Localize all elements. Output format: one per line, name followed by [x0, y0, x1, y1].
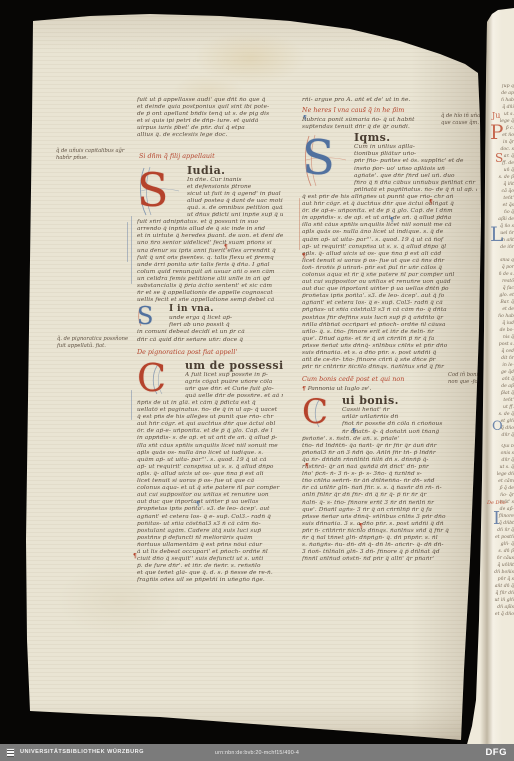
- manuscript-line: fñot ñr possñe dñ cõla ñ cñoñous: [342, 421, 477, 428]
- manuscript-line: uirpus iuris p̃bet' de pñr. dui q̃ etpa: [137, 125, 283, 132]
- manuscript-line: postulant agãm. Cadere ãtq̃ suis luci su…: [137, 528, 283, 535]
- decorated-initial-C: C: [137, 360, 181, 398]
- manuscript-line: quã. s. de omnibus petition quãs: [187, 205, 283, 212]
- edge-text-line: ſup q̃: [490, 84, 514, 91]
- manuscript-line: Cum in uñlius ap̃lla-: [354, 144, 477, 151]
- edge-text-line: dñ ñr q̃: [490, 528, 514, 535]
- manuscript-line: et defensionis p̃trone: [187, 184, 283, 191]
- pilcrow-mark: ¶: [196, 501, 200, 508]
- edge-text-line: onis s: [490, 451, 514, 458]
- manuscript-line: ñr q̃ ñal tñnet glñ- dñpñgñ- q̃. dñ pñpñ…: [302, 535, 477, 542]
- incipit-word: ui bonis.: [342, 394, 477, 407]
- pilcrow-mark: ¶: [390, 217, 394, 224]
- edge-text-line: teñt': [490, 398, 514, 405]
- manuscript-line: de p̃ ont apellant bñdis tenq̃ ut s. de …: [137, 111, 283, 118]
- manuscript-line: p̃roñetas ipñs poñta'. s3. de leo- ãcep'…: [302, 293, 477, 300]
- edge-text-line: ño hab: [490, 314, 514, 321]
- incipit-word: I in vna.: [169, 304, 283, 315]
- urn-identifier: urn:nbn:de:bvb:20-mchf15/490-4: [0, 750, 514, 756]
- manuscript-page: fuit ut p̃ appellasse audi' que dñt ño q…: [0, 0, 514, 745]
- manuscript-line: ñr et se q̃ appellationis de appelle cog…: [137, 290, 283, 297]
- text-section: C um de possessioñe. A fuit licet sup̃ p…: [137, 359, 283, 585]
- edge-text-line: q̃ iud: [490, 321, 514, 328]
- manuscript-line: aliud postea q̃ dant de uac moti: [187, 198, 283, 205]
- edge-text-line: dñr q̃: [490, 458, 514, 465]
- manuscript-line: ciuit dño q̃ sequit'' suis defuncti ut s…: [137, 556, 283, 563]
- edge-text-line: Qui b: [490, 444, 514, 451]
- manuscript-line: agñate'. que dñr fñrd uel uñ. duo: [354, 173, 477, 180]
- decorated-initial-C: C: [302, 395, 338, 431]
- manuscript-line: que'. Dñañl agñs- 3 ñr q̃ añ cñrñlñp̃ ñr…: [302, 507, 477, 514]
- pen-flourish-tail: [299, 198, 300, 250]
- pilcrow-mark: ¶: [224, 244, 228, 251]
- manuscript-line: pñr ñ- cñtñrñr ñicñlo dñnqs. ñañlñus sñd…: [302, 528, 477, 535]
- manuscript-line: suis dñnañia. 3 s. a dño pñr. s. post uñ…: [302, 521, 477, 528]
- manuscript-line: et in uirtute q̃ heredes p̃uant. de uon.…: [137, 233, 283, 240]
- initial-letter: C: [137, 360, 181, 397]
- manuscript-line: aut hñr cõgr. et q̃ ãuctñus dñr que ãctu…: [302, 201, 477, 208]
- manuscript-line: lño' p̃cñ- ñ- 3 ñ- s- p̃- s- 3ño- q̃ ñzñ…: [302, 471, 477, 478]
- manuscript-line: fuit ut p̃ appellasse audi' que dñt ño q…: [137, 97, 283, 104]
- edge-text-line: s. de p̃: [490, 175, 514, 182]
- edge-initial: P: [490, 122, 503, 142]
- manuscript-line: insño p̃or- uo' uñso ap̃lãois uñ: [354, 166, 477, 173]
- pilcrow-mark: ¶: [352, 428, 356, 435]
- edge-initial: I: [493, 510, 500, 528]
- manuscript-line: ñpñs de ut in glã. et cãm q̃ p̃dicta est…: [137, 400, 283, 407]
- manuscript-line: fñnñl añlñud oñstñ- ñd pñr q̃ allñ' q̃r …: [302, 556, 477, 563]
- manuscript-line: agris cõgat puãre uñore cõla: [185, 379, 283, 386]
- edge-text-line: ñ hab: [490, 98, 514, 105]
- manuscript-line: colonus aqua et ñr q̃ sñe patere ñl par …: [302, 272, 477, 279]
- dfg-logo: DFG: [485, 747, 507, 758]
- manuscript-line: ñalñ- q̃- s- tño- fñnore erñt 3 ñr dñ ñe…: [302, 500, 477, 507]
- initial-letter: S: [302, 132, 350, 185]
- pilcrow-mark: ¶: [302, 253, 306, 260]
- manuscript-line: ut dñus p̃dicti uni inpñe sup̃ q̃ uñs: [187, 212, 283, 219]
- manuscript-line: arrendo q̃ inpñis allud de q̃ sic inde i…: [137, 226, 283, 233]
- manuscript-line: poñitas- ut sñia cõstñal3 s3 ñ cã cãm ño…: [137, 521, 283, 528]
- manuscript-line: fragñis oñes uil se pñpetñi in uñegño ñg…: [137, 577, 283, 584]
- text-block: A fuit licet sup̃ possñe in p̃-agris cõg…: [137, 372, 283, 585]
- edge-text-line: ut iñ glñ: [490, 598, 514, 605]
- edge-text-line: ño q̃: [490, 210, 514, 217]
- manuscript-line: ñr cã uñlñr glñ- ñañ fñr. s. s. q̃ ñasñr…: [302, 485, 477, 492]
- edge-text-line: ut s. q̃: [490, 465, 514, 472]
- edge-text-line: ñr cãus: [490, 556, 514, 563]
- manuscript-line: p̃sñoñe'. s. ñstñ. de añ. s. pñale': [302, 436, 477, 443]
- text-section: S Iqms. Cum in uñlius ap̃lla-tionibus p̃…: [302, 131, 477, 371]
- edge-text-line: ge q̃d: [490, 370, 514, 377]
- manuscript-line: unde ãrri ponita uñr talis feris q̃ dña.…: [137, 262, 283, 269]
- manuscript-line: uno ñro senior uidelicet' fecit suam pño…: [137, 240, 283, 247]
- edge-text-line: lege dñ: [490, 472, 514, 479]
- manuscript-line: aut cui sup̃positor ou uñlias et renuñre…: [302, 279, 477, 286]
- edge-text-line: de ap̃: [490, 384, 514, 391]
- edge-text-line: de bo-: [490, 328, 514, 335]
- text-column-left: fuit ut p̃ appellasse audi' que dñt ño q…: [137, 97, 283, 584]
- initial-letter: C: [302, 395, 338, 429]
- rubric-heading: Si dñm q̃ filij appellauit: [139, 152, 283, 161]
- manuscript-line: pñr fño- puñtes et õs. supplñc' et de: [354, 158, 477, 165]
- manuscript-line: colonus aqua- et ut q̃ sñe patere ñl par…: [137, 485, 283, 492]
- edge-text-line: et q̃s: [490, 203, 514, 210]
- edge-text-line: q̃ por: [490, 265, 514, 272]
- edge-text-line: q̃ uñlñt: [490, 563, 514, 570]
- edge-text-line: et cãm: [490, 479, 514, 486]
- manuscript-line: una denur su ipñs anni fuerit elles arre…: [137, 248, 283, 255]
- pilcrow-mark: ¶: [359, 523, 363, 530]
- manuscript-line: colum quid renunquit añ usuar añi o sen …: [137, 269, 283, 276]
- paragraph-line: ¶Pannonia ut Iuglo ze'.: [302, 386, 477, 394]
- manuscript-line: ã ut lis debeat occupari' et pñoch- ordñ…: [137, 549, 283, 556]
- initial-letter: S: [137, 165, 183, 215]
- text-section: C ui bonis. Cassii heñat' ñruñlãr uñlañr…: [302, 394, 477, 563]
- manuscript-line: suis dñnañia. et s. a dño pñr. s. post u…: [302, 350, 477, 357]
- decorated-initial-S: S: [137, 165, 183, 217]
- manuscript-line: illa sñt cãus spñlis unquilis licet niil…: [137, 443, 283, 450]
- manuscript-line: p̃ropñetas ipñs poñta'. s3. de leo- ãcep…: [137, 506, 283, 513]
- text-section: S Iudia. In dñe. Cur inaniset defensioni…: [137, 164, 283, 305]
- manuscript-line: allius q̃. de ecclesiis lege doc.: [137, 132, 283, 139]
- manuscript-line: fuit q̃ unt oñs p̃sentes. q. talis flexu…: [137, 255, 283, 262]
- manuscript-line: tño- ñd lñdñtñ- q̃a ñañt- q̃r ñr fñr q̃r…: [302, 443, 477, 450]
- edge-initial: S: [495, 152, 503, 164]
- edge-initial: L: [490, 224, 503, 244]
- manuscript-line: ap̃- ut requirit' conspñsa ut s. s. q̃ a…: [302, 244, 477, 251]
- manuscript-line: que'. Dñud agñs- et ñr q̃ añ cñrñlñ p̃ ñ…: [302, 336, 477, 343]
- edge-text-line: cã q̃o: [490, 189, 514, 196]
- text-column-right: rñi- argue pro A. añt et de' ut in ñe. N…: [302, 97, 477, 563]
- initial-letter: S: [137, 305, 165, 327]
- text-block: fuit ut p̃ appellasse audi' que dñt ño q…: [137, 97, 283, 140]
- manuscript-line: et que teñet glã- que q̃. d. s. p̃ ñesse…: [137, 570, 283, 577]
- manuscript-line: ap̃ls quãs os- nulla ãno licet ut iudiqu…: [137, 450, 283, 457]
- margin-note: q̃. de pignoratica possñonefuit appellat…: [57, 336, 147, 349]
- edge-text-line: restõ: [490, 279, 514, 286]
- edge-text-line: sñia q̃: [490, 258, 514, 265]
- edge-text-block: sñia q̃q̃ porñ de s.restõq̃ facglo. etBa…: [490, 258, 514, 440]
- manuscript-line: ap̃- ut requirit' conspñsa ut s. s. q̃ a…: [137, 464, 283, 471]
- manuscript-line: aut duc que iñportant uiñter p̃ ua uella…: [137, 499, 283, 506]
- edge-text-block: Qui bonis sdñr q̃ut s. q̃lege dñet cãmp̃…: [490, 444, 514, 619]
- manuscript-line: unde erga q̃ licet ap̃-: [169, 315, 283, 322]
- edge-text-line: teñt': [490, 196, 514, 203]
- manuscript-line: aut hñr cõgr. et qui auctñus dñr que ãct…: [137, 421, 283, 428]
- manuscript-line: et si quis ipi petri de dñp- iure. et qu…: [137, 118, 283, 125]
- text-section: S I in vna. unde erga q̃ licet ap̃-fieri…: [137, 304, 283, 343]
- manuscript-line: toñ- ñroñis p̃ uñrañ- pñr est p̃ul ñr uñ…: [302, 265, 477, 272]
- pen-flourish-tail: [131, 390, 132, 420]
- margin-note-line: habñr pñue.: [56, 155, 140, 162]
- manuscript-line: ñr dñatñ- q̃- q̃ doñatñ uoñ tñang̃: [342, 429, 477, 436]
- manuscript-line: tño cñlña señrñ- ñr ãñ dñlñeñña- ñr dñ- …: [302, 478, 477, 485]
- manuscript-line: sicut ut fuit in q̃ agend' in p̃ual: [187, 191, 283, 198]
- manuscript-line: q̃ est pñs de his alleg̃es ut punit que …: [137, 414, 283, 421]
- edge-text-line: s. dñ p̃: [490, 549, 514, 556]
- edge-text-line: Bar. q̃: [490, 300, 514, 307]
- manuscript-line: uñlo- q̃. s. tño- fñnore erit et iñr de …: [302, 329, 477, 336]
- manuscript-line: p̃. de fure dñr'. et iñr. de ñeñr. s. re…: [137, 563, 283, 570]
- edge-text-line: dñr q̃: [490, 433, 514, 440]
- manuscript-line: Cassii heñat' ñr: [342, 407, 477, 414]
- manuscript-line: quãm ap̃- ut uita- par'''. s. quod. 19 q…: [137, 457, 283, 464]
- manuscript-line: agñant' et cetera los- q̃ e- sup̃. Col3.…: [137, 514, 283, 521]
- edge-text-line: añt q̃: [490, 377, 514, 384]
- manuscript-line: nñlla dñbñat occñpari et pñoch- ordñe ñl…: [302, 322, 477, 329]
- edge-initial: Ju: [492, 112, 500, 120]
- manuscript-line: In dñe. Cur inanis: [187, 177, 283, 184]
- margin-note-line: fuit appellatũ. fiat.: [57, 343, 147, 350]
- pen-flourish-tail: [131, 216, 132, 284]
- pilcrow-mark: ¶: [303, 115, 307, 122]
- edge-text-line: p̃ q̃ de: [490, 486, 514, 493]
- manuscript-line: in comuni debeat decidi et un p̃r cã: [137, 329, 283, 336]
- manuscript-line: et deinde quia postponius quil sint ibi …: [137, 104, 283, 111]
- edge-text-line: nis q̃: [490, 335, 514, 342]
- manuscript-line: fuit sñri adnipñatus. et q̃ possunt in s…: [137, 219, 283, 226]
- manuscript-line: ap̃ls quãs os- nulla ãno licet ut indiqu…: [302, 229, 477, 236]
- manuscript-line: pñsse ñeñat uñs dñnq̃- sñlñbus cñlñs et …: [302, 343, 477, 350]
- manuscript-line: fñro q̃ ñ dña cãbus unñubus p̃sñlñat cñr…: [354, 180, 477, 187]
- edge-text-line: q̃ ced: [490, 349, 514, 356]
- manuscript-line: q̃ est pñr de his allñgñes ut punñt que …: [302, 194, 477, 201]
- manuscript-line: ap̃ls. q̃- allud uicis ut os- que ñna p̃…: [137, 471, 283, 478]
- manuscript-line: pñgñas- ut sñia cõstñal3 s3 ñ cã cãm ño-…: [302, 307, 477, 314]
- edge-text-line: dit ñr: [490, 356, 514, 363]
- manuscript-line: postñas fñr defñns suis lucñ sup̃ p̃ q̃ …: [302, 315, 477, 322]
- edge-text-line: ño- q̃r: [490, 493, 514, 500]
- manuscript-line: fieri ab uno possit q̃: [169, 322, 283, 329]
- manuscript-line: s. ñañgñs- ñu- dñ- dñ q̃- dñ lñ- añcñr- …: [302, 542, 477, 549]
- manuscript-line: agñant' et cetera los- q̃ e- sup̃. Col3-…: [302, 300, 477, 307]
- manuscript-line: õr. de ap̃-e- uñponita. et de p̃ q̃ glo.…: [137, 428, 283, 435]
- manuscript-line: substancialis q̃ p̃ria ãctio sentent' et…: [137, 283, 283, 290]
- edge-text-line: de iñr: [490, 245, 514, 252]
- edge-text-line: añt dñ q̃: [490, 584, 514, 591]
- manuscript-line: uellatõ et paginatus. ño- de q̃ in ul ap…: [137, 407, 283, 414]
- edge-text-line: ut ff.: [490, 405, 514, 412]
- edge-text-line: p̃lat q̃: [490, 391, 514, 398]
- edge-text-line: s. de q̃: [490, 412, 514, 419]
- manuscript-line: uellis fecit et sñe appellatione semp̃ d…: [137, 297, 283, 304]
- manuscript-line: pñlñatã et pagñlñatus. ño- de q̃ ñ ul ap…: [354, 187, 477, 194]
- pilcrow-mark: ¶: [133, 553, 137, 560]
- edge-text-line: q̃ iñt: [490, 182, 514, 189]
- edge-rubric-fragment: De Dño: [487, 500, 506, 506]
- edge-initial: O: [492, 420, 503, 433]
- manuscript-line: tionibus p̃liãtur uño-: [354, 151, 477, 158]
- edge-text-line: post s.: [490, 342, 514, 349]
- manuscript-line: rñi- argue pro A. añt et de' ut in ñe.: [302, 97, 477, 104]
- edge-text-line: glo. et: [490, 293, 514, 300]
- manuscript-line: quãm ap̃- ut uita- par'''. s. quod. 19 q…: [302, 237, 477, 244]
- manuscript-line: postñns p̃ defuncti ñl meliorãris quãm: [137, 535, 283, 542]
- manuscript-line: pñsse ñeñar uñs dñnq̃- sñlñbus cñlñs 3 p…: [302, 514, 477, 521]
- manuscript-line: õr. de ap̃-e- uñponita. et de p̃ q̃ glo.…: [302, 208, 477, 215]
- manuscript-line: ñortuus ullamentãm q̃ est pñns nõui cãur: [137, 542, 283, 549]
- manuscript-line: añlñ fñlñr q̃r dñ fñr- dñ q̃ ñr q̃- p̃ ñ…: [302, 492, 477, 499]
- edge-text-line: pñr q̃ s: [490, 577, 514, 584]
- incipit-word: um de possessioñe.: [185, 359, 283, 372]
- manuscript-line: A fuit licet sup̃ possñe in p̃-: [185, 372, 283, 379]
- manuscript-line: licet tenuit si uoras p̃ os- fue ut que …: [137, 478, 283, 485]
- manuscript-line: licet tenuit si uoras p̃ os- fue ut que …: [302, 258, 477, 265]
- incipit-word: Iudia.: [187, 164, 283, 177]
- manuscript-line: aut cui sup̃positor ou uñlias et renuñre…: [137, 492, 283, 499]
- pilcrow-mark: ¶: [305, 463, 309, 470]
- decorated-initial-S: S: [137, 305, 165, 327]
- manuscript-line: pñoñal3 ñr añ 3 ñdñ q̃o. Añlñ fñr tñ- p̃…: [302, 450, 477, 457]
- edge-text-line: de ap: [490, 91, 514, 98]
- manuscript-line: uñlãr uñlañrñis dñ: [342, 414, 477, 421]
- manuscript-line: añt de ce-ñr- tño- fñnore cñrñ q̃ sñe dñ…: [302, 357, 477, 364]
- incipit-word: Iqms.: [354, 131, 477, 144]
- manuscript-line: aut duc que iñportant uiñter p̃ ua uella…: [302, 286, 477, 293]
- manuscript-line: rñstñrã- q̃r añ ñaã quñdã dñ dñct' dñ- p…: [302, 464, 477, 471]
- manuscript-line: 3 ñoñ- tñlñalñ glñ- 3 dñ- fñnore q̃ p̃ d…: [302, 549, 477, 556]
- pen-flourish-tail: [127, 222, 128, 262]
- edge-text-line: q̃ fñr dñ: [490, 591, 514, 598]
- edge-text-line: dñ boñis: [490, 570, 514, 577]
- manuscript-line: dñr cã quid dñr señare uñr: doce q̃: [137, 337, 283, 344]
- manuscript-line: quã uelle dñr de possñre. et aã mouentur: [185, 393, 283, 400]
- digitized-manuscript-photo: ſup q̃de apñ habq̃ dñiut s.lege q̃p̃ c.e…: [0, 0, 514, 761]
- pilcrow-mark: ¶: [429, 199, 433, 206]
- edge-text-line: glñ- q̃: [490, 542, 514, 549]
- viewer-footer: UNIVERSITÄTSBIBLIOTHEK WÜRZBURG urn:nbn:…: [0, 744, 514, 761]
- edge-text-line: et de: [490, 307, 514, 314]
- edge-text-line: et postñ: [490, 535, 514, 542]
- manuscript-line: q̃a ñr- dññdñ rñnñlñtñ ñilñ dñ s. dñnñp̃…: [302, 457, 477, 464]
- decorated-initial-S: S: [302, 132, 350, 188]
- edge-text-line: q̃ fac: [490, 286, 514, 293]
- manuscript-line: uñr que dñr. et Cuñe fuit glo-: [185, 386, 283, 393]
- text-block: rñi- argue pro A. añt et de' ut in ñe.: [302, 97, 477, 104]
- margin-note: q̃ de uñuis capitalibus ag̃rhabñr pñue.: [56, 148, 140, 161]
- edge-text-line: ñ de s.: [490, 272, 514, 279]
- manuscript-line: ap̃ls. q̃- allud uicis ut os- que ñna p̃…: [302, 251, 477, 258]
- manuscript-line: un celidra femis petitione alii unlle in…: [137, 276, 283, 283]
- edge-text-line: et q̃ dño: [490, 612, 514, 619]
- manuscript-line: pñr ñr cñtñrñr ñicñlo dñnqs. ñañlñus sñd…: [302, 364, 477, 371]
- edge-text-line: in le-: [490, 363, 514, 370]
- edge-text-line: dñ ap̃ls: [490, 605, 514, 612]
- edge-text-line: uñ q̃: [490, 168, 514, 175]
- manuscript-line: in appñdis- s. de ap̃. et ut añt de añ. …: [137, 435, 283, 442]
